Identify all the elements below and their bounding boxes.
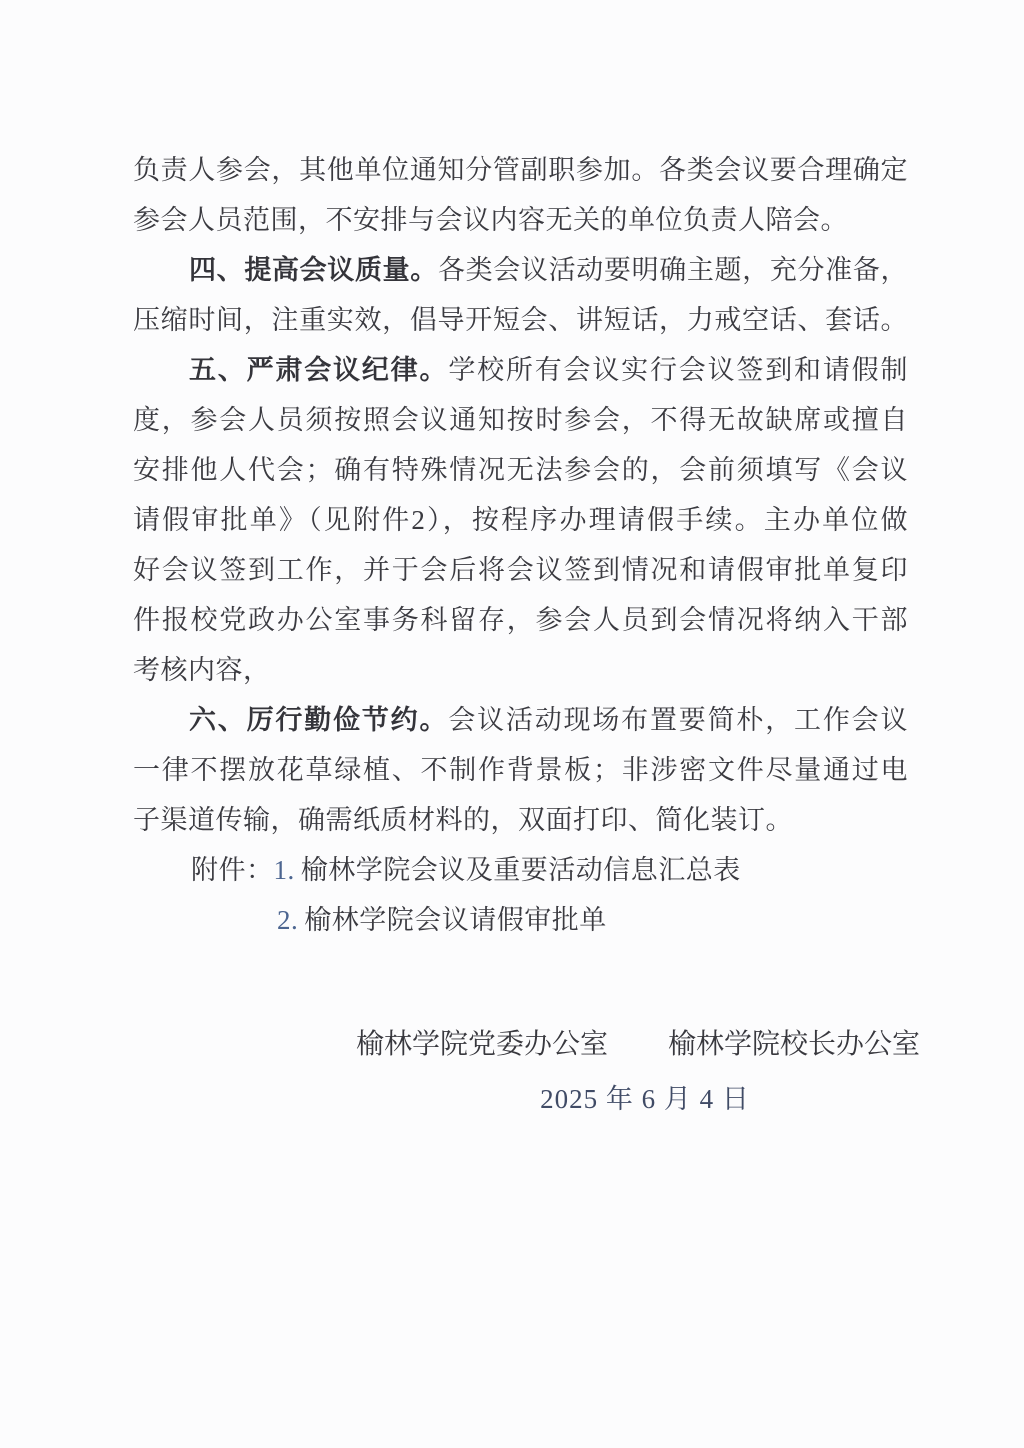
text-line: 子渠道传输，确需纸质材料的，双面打印、简化装订。 (133, 795, 908, 845)
text-line: 参会人员范围，不安排与会议内容无关的单位负责人陪会。 (133, 195, 908, 245)
attachment-title: 榆林学院会议及重要活动信息汇总表 (301, 855, 741, 885)
signature-block: 榆林学院党委办公室 榆林学院校长办公室 2025 年 6 月 4 日 (356, 1020, 920, 1124)
text-line: 请假审批单》（见附件2），按程序办理请假手续。主办单位做 (133, 495, 908, 545)
attachments: 附件：1.榆林学院会议及重要活动信息汇总表2.榆林学院会议请假审批单 (133, 845, 908, 945)
text-line: 度，参会人员须按照会议通知按时参会，不得无故缺席或擅自 (133, 395, 908, 445)
text-line: 一律不摆放花草绿植、不制作背景板；非涉密文件尽量通过电 (133, 745, 908, 795)
text-line: 五、严肃会议纪律。学校所有会议实行会议签到和请假制 (133, 345, 908, 395)
page: 负责人参会，其他单位通知分管副职参加。各类会议要合理确定参会人员范围，不安排与会… (0, 0, 1024, 1448)
signature-office-left: 榆林学院党委办公室 (356, 1020, 608, 1070)
text-line: 件报校党政办公室事务科留存，参会人员到会情况将纳入干部 (133, 595, 908, 645)
signature-office-right: 榆林学院校长办公室 (668, 1020, 920, 1070)
attachment-item: 2.榆林学院会议请假审批单 (133, 895, 908, 945)
text-line: 负责人参会，其他单位通知分管副职参加。各类会议要合理确定 (133, 145, 908, 195)
text-line: 考核内容， (133, 645, 908, 695)
text-line: 压缩时间，注重实效，倡导开短会、讲短话，力戒空话、套话。 (133, 295, 908, 345)
date-line: 2025 年 6 月 4 日 (356, 1074, 920, 1124)
attachment-label: 附件： (191, 855, 274, 885)
attachment-title: 榆林学院会议请假审批单 (304, 905, 607, 935)
signature-row: 榆林学院党委办公室 榆林学院校长办公室 (356, 1020, 920, 1070)
section-heading: 六、厉行勤俭节约。 (189, 705, 448, 735)
text-line: 安排他人代会；确有特殊情况无法参会的，会前须填写《会议 (133, 445, 908, 495)
attachment-number: 2. (277, 905, 298, 935)
attachment-item: 附件：1.榆林学院会议及重要活动信息汇总表 (133, 845, 908, 895)
body-lines: 负责人参会，其他单位通知分管副职参加。各类会议要合理确定参会人员范围，不安排与会… (133, 145, 908, 845)
section-heading: 五、严肃会议纪律。 (189, 355, 448, 385)
text-line: 好会议签到工作，并于会后将会议签到情况和请假审批单复印 (133, 545, 908, 595)
text-line: 六、厉行勤俭节约。会议活动现场布置要简朴，工作会议 (133, 695, 908, 745)
document-body: 负责人参会，其他单位通知分管副职参加。各类会议要合理确定参会人员范围，不安排与会… (133, 145, 908, 945)
text-line: 四、提高会议质量。各类会议活动要明确主题，充分准备， (133, 245, 908, 295)
section-heading: 四、提高会议质量。 (189, 255, 438, 285)
attachment-number: 1. (274, 855, 295, 885)
